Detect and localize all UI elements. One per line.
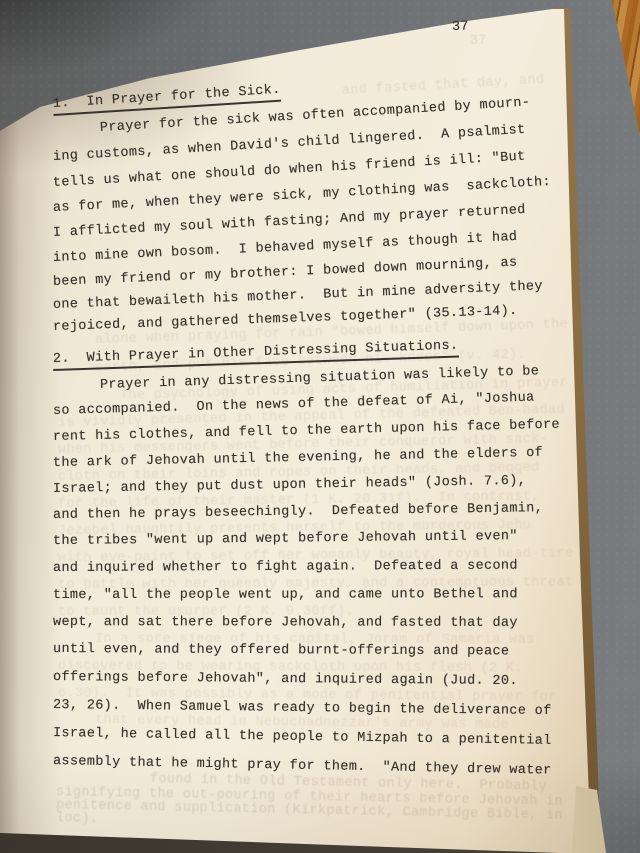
- text-line: and inquired whether to fight again. Def…: [53, 559, 518, 576]
- text-line: time, "all the people went up, and came …: [53, 587, 518, 603]
- text-line: wept, and sat there before Jehovah, and …: [53, 615, 518, 631]
- text-line: until even, and they offered burnt-offer…: [53, 642, 509, 659]
- ghost-text-line: 37: [470, 33, 487, 49]
- photographed-book-page: 37 and fasted that day, and alone when p…: [0, 0, 640, 853]
- ghost-text-line: loc).: [56, 811, 99, 827]
- page-number: 37: [452, 19, 469, 35]
